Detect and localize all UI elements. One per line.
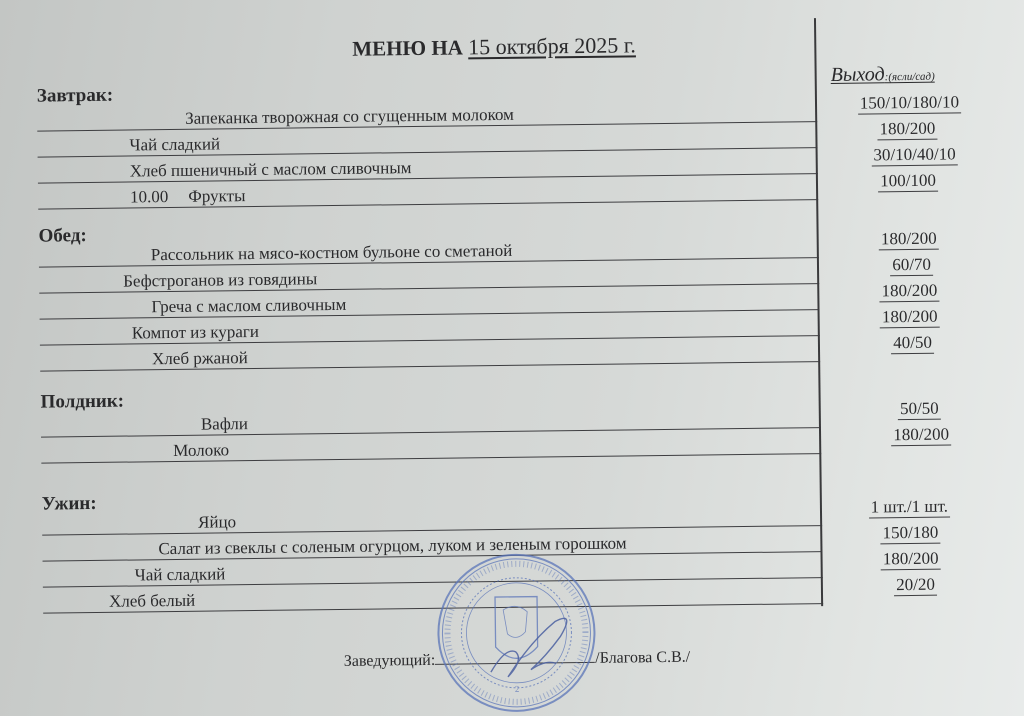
dish-name: Бефстроганов из говядины — [123, 269, 317, 290]
yield-value: 180/200 — [879, 281, 939, 303]
dish-cell: Чай сладкий — [135, 564, 226, 585]
dish-cell: Вафли — [201, 414, 248, 435]
yield-value: 180/200 — [880, 307, 940, 329]
yield-value: 180/200 — [881, 549, 941, 571]
menu-row: Молоко — [41, 432, 821, 464]
yield-value: 1 шт./1 шт. — [869, 497, 950, 519]
yield-value: 180/200 — [877, 119, 937, 141]
dish-cell: Хлеб ржаной — [152, 348, 248, 369]
dish-cell: Молоко — [173, 440, 229, 461]
official-seal-icon: 2 — [434, 551, 598, 715]
signature-role: Заведующий: — [344, 652, 436, 670]
dish-cell: Хлеб пшеничный с маслом сливочным — [130, 158, 412, 181]
yield-value: 180/200 — [879, 229, 939, 251]
dish-cell: Компот из кураги — [132, 322, 259, 344]
menu-row: Хлеб белый — [43, 582, 823, 614]
dish-name: Запеканка творожная со сгущенным молоком — [185, 105, 514, 128]
dish-time: 10.00 — [130, 187, 168, 206]
dish-cell: Греча с маслом сливочным — [151, 295, 346, 317]
dish-name: Хлеб ржаной — [152, 348, 248, 368]
yield-value: 20/20 — [894, 575, 937, 597]
yield-value: 150/10/180/10 — [858, 92, 961, 114]
page-title: МЕНЮ НА 15 октября 2025 г. — [352, 32, 636, 61]
dish-name: Молоко — [173, 440, 229, 460]
dish-name: Рассольник на мясо-костном бульоне со см… — [151, 241, 513, 264]
yield-value: 40/50 — [891, 333, 934, 355]
title-prefix: МЕНЮ НА — [352, 35, 463, 60]
menu-row: 10.00Фрукты — [38, 178, 818, 210]
dish-name: Хлеб пшеничный с маслом сливочным — [130, 158, 412, 180]
dish-name: Яйцо — [198, 512, 236, 531]
dish-cell: 10.00Фрукты — [130, 186, 246, 207]
dish-cell: Рассольник на мясо-костном бульоне со см… — [151, 241, 513, 265]
dish-name: Фрукты — [188, 186, 245, 206]
dish-cell: Запеканка творожная со сгущенным молоком — [185, 105, 514, 129]
yield-value: 100/100 — [878, 171, 938, 193]
dish-name: Вафли — [201, 414, 248, 434]
section-heading: Полдник: — [40, 391, 124, 414]
dish-name: Хлеб белый — [109, 591, 195, 611]
yield-value: 150/180 — [880, 523, 940, 545]
yield-label: Выход — [831, 63, 885, 86]
yield-value: 180/200 — [891, 424, 951, 446]
dish-cell: Бефстроганов из говядины — [123, 269, 317, 291]
menu-document: МЕНЮ НА 15 октября 2025 г. Выход:(ясли/с… — [0, 0, 1024, 716]
dish-cell: Чай сладкий — [129, 134, 220, 155]
yield-column-header: Выход:(ясли/сад) — [831, 63, 935, 87]
svg-text:2: 2 — [515, 684, 520, 694]
dish-name: Компот из кураги — [132, 322, 259, 343]
yield-sublabel: :(ясли/сад) — [885, 71, 935, 84]
dish-name: Чай сладкий — [129, 134, 220, 154]
yield-value: 60/70 — [890, 255, 933, 277]
dish-name: Чай сладкий — [135, 564, 226, 584]
menu-row: Хлеб ржаной — [40, 340, 820, 372]
yield-value: 30/10/40/10 — [871, 144, 957, 166]
signature-name: /Благова С.В./ — [595, 649, 690, 667]
menu-date: 15 октября 2025 г. — [468, 32, 636, 59]
yield-value: 50/50 — [898, 399, 941, 421]
dish-cell: Яйцо — [198, 512, 236, 532]
dish-name: Греча с маслом сливочным — [151, 295, 346, 316]
dish-cell: Хлеб белый — [109, 591, 195, 612]
section-heading: Завтрак: — [37, 85, 113, 108]
menu-body: Завтрак:Запеканка творожная со сгущенным… — [0, 0, 1020, 6]
